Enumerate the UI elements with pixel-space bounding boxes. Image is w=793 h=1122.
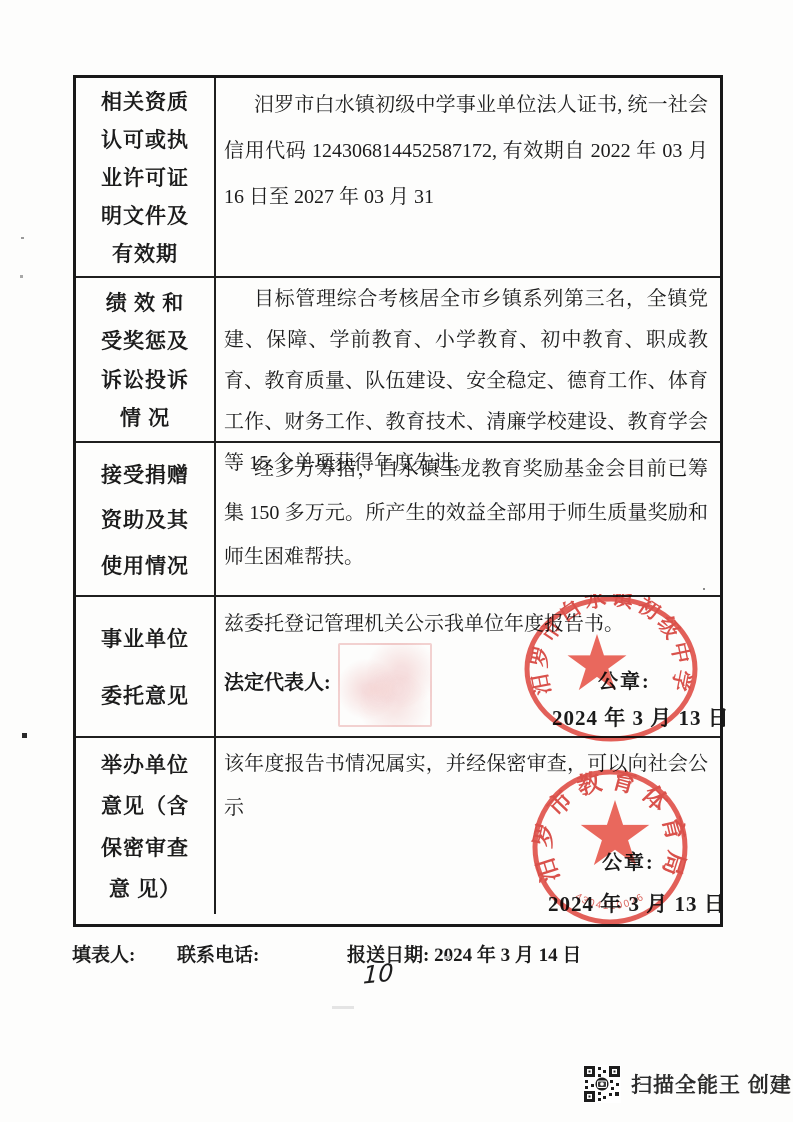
label-line: 委托意见 <box>101 680 189 710</box>
camscanner-watermark-text: 扫描全能王 创建 <box>631 1069 792 1099</box>
seal-code-digits: 4304110026 <box>573 891 647 912</box>
table-row-performance: 绩 效 和 受奖惩及 诉讼投诉 情 况 目标管理综合考核居全市乡镇系列第三名，全… <box>76 278 720 443</box>
scan-speck <box>21 237 24 239</box>
row-label-performance: 绩 效 和 受奖惩及 诉讼投诉 情 况 <box>76 278 216 441</box>
label-line: 意 见） <box>109 873 181 903</box>
scan-speck <box>22 733 27 738</box>
row-content-credentials: 汨罗市白水镇初级中学事业单位法人证书, 统一社会信用代码 12430681445… <box>216 78 720 276</box>
scan-speck <box>20 275 23 278</box>
label-line: 接受捐赠 <box>101 459 189 489</box>
label-line: 情 况 <box>120 402 170 432</box>
label-line: 有效期 <box>112 238 178 268</box>
scan-speck <box>444 956 451 959</box>
label-line: 资助及其 <box>101 504 189 534</box>
credentials-text: 汨罗市白水镇初级中学事业单位法人证书, 统一社会信用代码 12430681445… <box>224 82 708 220</box>
row-content-donations: 经多方筹措，白水镇玉龙教育奖励基金会目前已筹集 150 多万元。所产生的效益全部… <box>216 443 720 595</box>
table-row-credentials: 相关资质 认可或执 业许可证 明文件及 有效期 汨罗市白水镇初级中学事业单位法人… <box>76 78 720 278</box>
scan-speck <box>703 588 705 590</box>
faint-name-stamp <box>338 643 432 727</box>
row-label-entrustment: 事业单位 委托意见 <box>76 597 216 736</box>
label-line: 诉讼投诉 <box>101 364 189 394</box>
row-label-donations: 接受捐赠 资助及其 使用情况 <box>76 443 216 595</box>
seal-star-icon <box>581 800 649 865</box>
qr-code-icon <box>583 1065 621 1103</box>
label-line: 相关资质 <box>101 86 189 116</box>
scan-smudge <box>332 1006 354 1009</box>
handwritten-page-number: 10 <box>363 958 394 989</box>
label-line: 业许可证 <box>101 162 189 192</box>
education-bureau-seal: 汨罗市教育体育局 4304110026 <box>528 766 694 930</box>
camscanner-watermark: 扫描全能王 创建 <box>583 1065 792 1103</box>
label-line: 举办单位 <box>101 749 189 779</box>
label-line: 绩 效 和 <box>106 287 185 317</box>
label-line: 使用情况 <box>101 550 189 580</box>
form-filler-label: 填表人: <box>72 940 135 967</box>
contact-phone-label: 联系电话: <box>177 940 259 967</box>
label-line: 事业单位 <box>101 623 189 653</box>
label-line: 认可或执 <box>101 124 189 154</box>
donations-text: 经多方筹措，白水镇玉龙教育奖励基金会目前已筹集 150 多万元。所产生的效益全部… <box>224 447 708 579</box>
label-line: 保密审查 <box>101 832 189 862</box>
row-label-organizer: 举办单位 意见（含 保密审查 意 见） <box>76 738 216 914</box>
scanned-report-page: 相关资质 认可或执 业许可证 明文件及 有效期 汨罗市白水镇初级中学事业单位法人… <box>0 0 793 1122</box>
school-official-seal: 汨罗市白水镇初级中学 <box>520 594 702 746</box>
table-row-donations: 接受捐赠 资助及其 使用情况 经多方筹措，白水镇玉龙教育奖励基金会目前已筹集 1… <box>76 443 720 597</box>
svg-text:4304110026: 4304110026 <box>573 891 647 912</box>
label-line: 受奖惩及 <box>101 325 189 355</box>
seal-star-icon <box>568 634 627 690</box>
row-content-performance: 目标管理综合考核居全市乡镇系列第三名，全镇党建、保障、学前教育、小学教育、初中教… <box>216 278 720 441</box>
label-line: 明文件及 <box>101 200 189 230</box>
label-line: 意见（含 <box>101 790 189 820</box>
row-label-credentials: 相关资质 认可或执 业许可证 明文件及 有效期 <box>76 78 216 276</box>
